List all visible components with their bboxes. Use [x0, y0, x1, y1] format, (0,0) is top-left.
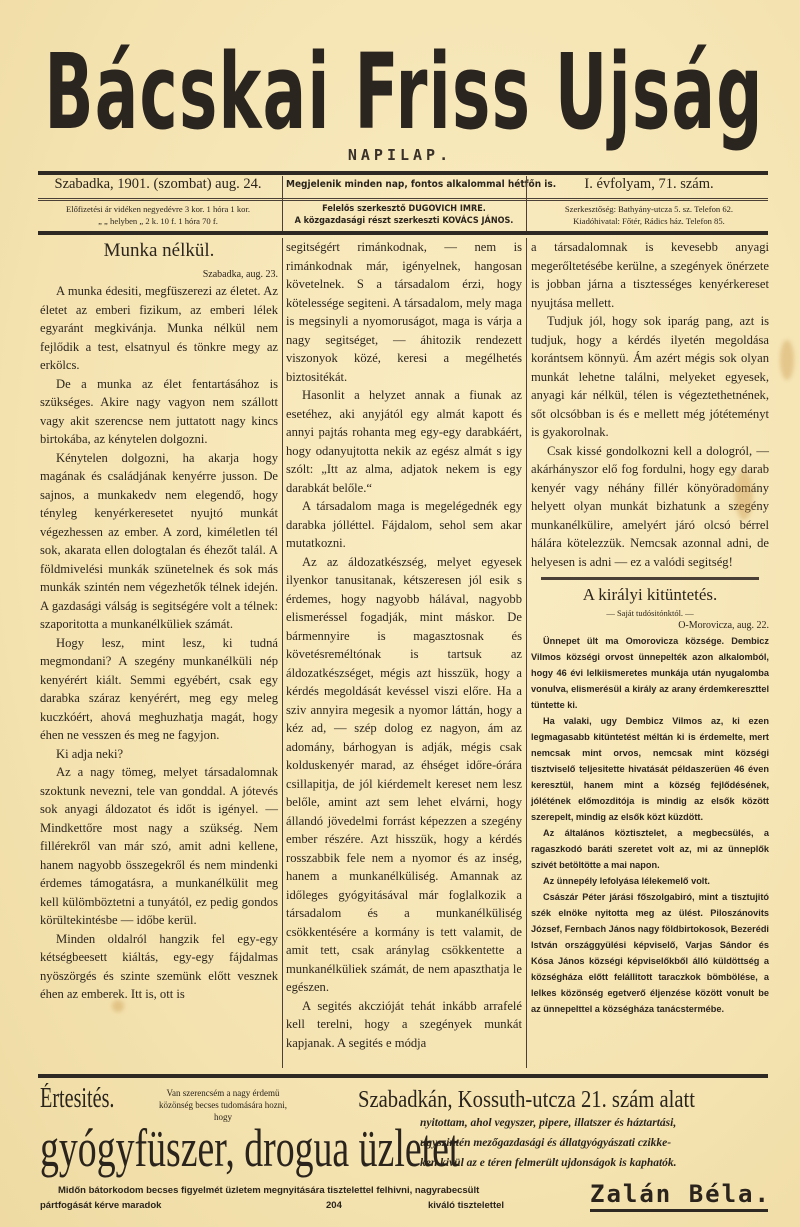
paper-stain — [112, 1000, 124, 1012]
paragraph: A társadalom maga is megelégednék egy da… — [286, 497, 522, 553]
paper-stain — [735, 470, 753, 520]
article2-headline: A királyi kitüntetés. — [531, 584, 769, 606]
paragraph: segitségért rimánkodnak, — nem is rimánk… — [286, 238, 522, 386]
article-dateline: Szabadka, aug. 23. — [40, 268, 278, 282]
paragraph: Az általános köztisztelet, a megbecsülés… — [531, 825, 769, 873]
paragraph: Az az áldozatkészség, melyet egyesek ily… — [286, 553, 522, 997]
ad-footer-text: pártfogását kérve maradok — [40, 1200, 161, 1211]
editorial-office: Szerkesztőség: Bathyány-utcza 5. sz. Tel… — [530, 203, 768, 215]
paragraph: Ki adja neki? — [40, 745, 278, 764]
masthead: Bácskai Friss Ujság — [40, 28, 768, 158]
article-headline: Munka nélkül. — [40, 240, 278, 262]
paragraph: Hogy lesz, mint lesz, ki tudná megmondan… — [40, 634, 278, 745]
paragraph: Az ünnepély lefolyása lélekemelő volt. — [531, 873, 769, 889]
article2-body: Ünnepet ült ma Omorovicza községe. Dembi… — [531, 633, 769, 1017]
volume-number: I. évfolyam, 71. szám. — [530, 176, 768, 193]
ad-description: nyitottam, ahol vegyszer, pipere, illats… — [420, 1113, 770, 1173]
paragraph: Ha valaki, ugy Dembicz Vilmos az, ki eze… — [531, 713, 769, 825]
advertisement-rule — [38, 1074, 768, 1078]
paragraph: Az a nagy tömeg, melyet társadalomnak sz… — [40, 763, 278, 930]
info-row-2: Előfizetési ár vidéken negyedévre 3 kor.… — [38, 203, 768, 231]
header-rule-mid — [38, 198, 768, 199]
paragraph: a társadalomnak is kevesebb anyagi meger… — [531, 238, 769, 312]
paragraph: Kénytelen dolgozni, ha akarja hogy magán… — [40, 449, 278, 634]
newspaper-page: Bácskai Friss Ujság NAPILAP. Szabadka, 1… — [0, 0, 800, 1227]
header-rule-top — [38, 171, 768, 175]
ad-footer-text: Midőn bátorkodom becses figyelmét üzlete… — [58, 1185, 479, 1196]
paragraph: Minden oldalról hangzik fel egy-egy kéts… — [40, 930, 278, 1004]
subscription-price-1: Előfizetési ár vidéken negyedévre 3 kor.… — [38, 203, 278, 215]
paragraph: De a munka az élet fentartásához is szük… — [40, 375, 278, 449]
ad-description-line: ken kivül az e téren felmerült ujdonságo… — [420, 1153, 770, 1173]
publishing-office: Kiadóhivatal: Főtér, Rádics ház. Telefon… — [530, 215, 768, 227]
info-divider-1 — [282, 176, 283, 231]
issue-date: Szabadka, 1901. (szombat) aug. 24. — [38, 176, 278, 193]
paragraph: Császár Péter járási főszolgabiró, mint … — [531, 889, 769, 1017]
ad-shop-name: gyógyfüszer, drogua üzletet — [40, 1117, 459, 1179]
paper-stain — [780, 340, 794, 380]
responsible-editor: Felelős szerkesztő DUGOVICH IMRE. — [286, 203, 522, 215]
economic-editor: A közgazdasági részt szerkeszti KOVÁCS J… — [286, 215, 522, 227]
paragraph: A munka édesiti, megfüszerezi az életet.… — [40, 282, 278, 375]
newspaper-title: Bácskai Friss Ujság — [42, 28, 766, 156]
column-2: segitségért rimánkodnak, — nem is rimánk… — [286, 238, 522, 1052]
info-row-1: Szabadka, 1901. (szombat) aug. 24. Megje… — [38, 176, 768, 198]
paragraph: Ünnepet ült ma Omorovicza községe. Dembi… — [531, 633, 769, 713]
ad-title: Értesités. — [40, 1083, 114, 1115]
paragraph: A segités akczióját tehát inkább arrafel… — [286, 997, 522, 1053]
header-rule-mid-2 — [38, 200, 768, 201]
paragraph: Tudjuk jól, hogy sok iparág pang, azt is… — [531, 312, 769, 442]
info-divider-2 — [526, 176, 527, 231]
ad-description-line: ugyszintén mezőgazdasági és állatgyógyás… — [420, 1133, 770, 1153]
column-divider-1 — [282, 238, 283, 1068]
column-3: a társadalomnak is kevesebb anyagi meger… — [531, 238, 769, 1017]
paragraph: Hasonlit a helyzet annak a fiunak az ese… — [286, 386, 522, 497]
article2-dateline: O-Moroviczа, aug. 22. — [531, 619, 769, 633]
ad-address: Szabadkán, Kossuth-utcza 21. szám alatt — [358, 1085, 695, 1115]
subscription-price-2: „ „ helyben „ 2 k. 10 f. 1 hóra 70 f. — [38, 215, 278, 227]
newspaper-subtitle: NAPILAP. — [0, 146, 800, 164]
advertisement: Értesités. Van szerencsém a nagy érdemü … — [38, 1083, 768, 1213]
publication-schedule: Megjelenik minden nap, fontos alkalommal… — [286, 179, 522, 190]
article2-byline: — Saját tudósitónktól. — — [531, 607, 769, 619]
ad-signature: Zalán Béla. — [590, 1180, 771, 1208]
column-divider-2 — [526, 238, 527, 1068]
article-separator — [541, 577, 759, 580]
ad-footer-text: kiváló tisztelettel — [428, 1200, 504, 1211]
signature-underline — [590, 1209, 768, 1212]
header-rule-bottom — [38, 231, 768, 235]
ad-number: 204 — [326, 1200, 342, 1211]
paragraph: Csak kissé gondolkozni kell a dologról, … — [531, 442, 769, 572]
ad-description-line: nyitottam, ahol vegyszer, pipere, illats… — [420, 1113, 770, 1133]
column-1: Munka nélkül. Szabadka, aug. 23. A munka… — [40, 238, 278, 1004]
